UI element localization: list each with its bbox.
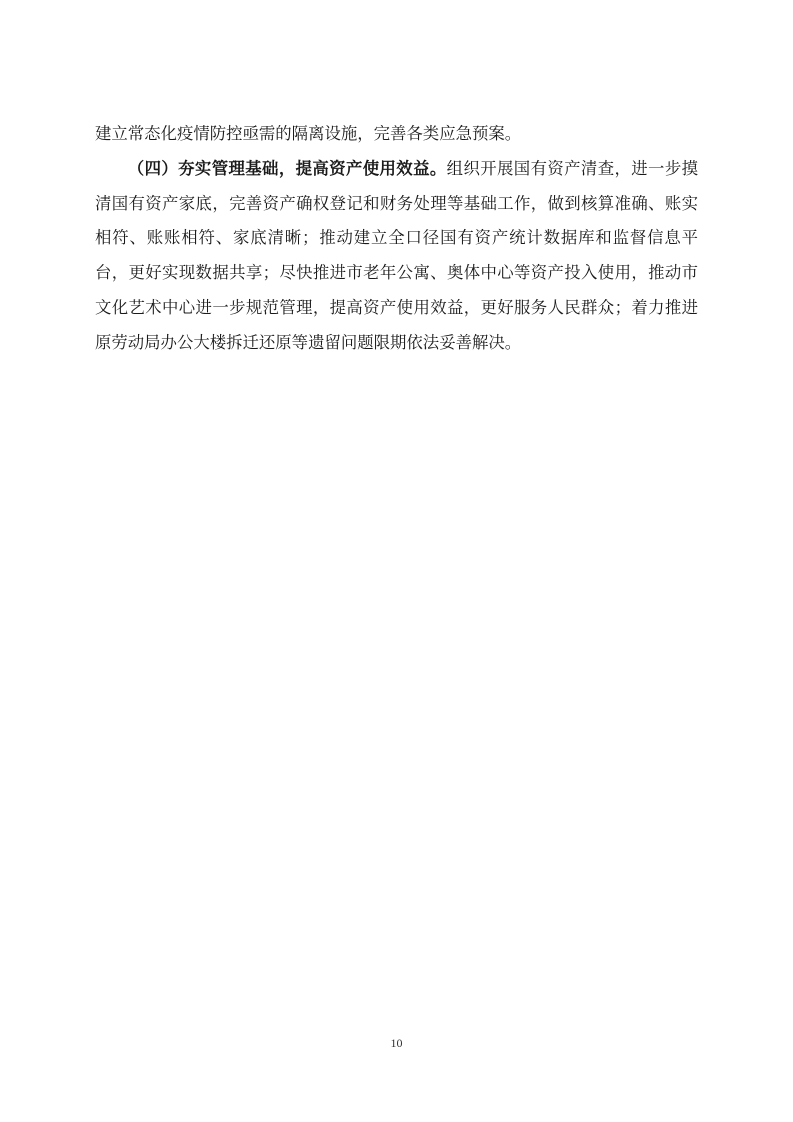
paragraph-continuation: 建立常态化疫情防控亟需的隔离设施，完善各类应急预案。 <box>95 117 698 152</box>
paragraph-text: 建立常态化疫情防控亟需的隔离设施，完善各类应急预案。 <box>95 124 521 143</box>
section-heading: （四）夯实管理基础，提高资产使用效益。 <box>128 159 447 178</box>
document-body: 建立常态化疫情防控亟需的隔离设施，完善各类应急预案。 （四）夯实管理基础，提高资… <box>95 117 698 361</box>
paragraph-text: 组织开展国有资产清查，进一步摸清国有资产家底，完善资产确权登记和财务处理等基础工… <box>95 159 698 352</box>
page-number: 10 <box>0 1036 793 1051</box>
paragraph-section-four: （四）夯实管理基础，提高资产使用效益。组织开展国有资产清查，进一步摸清国有资产家… <box>95 152 698 361</box>
